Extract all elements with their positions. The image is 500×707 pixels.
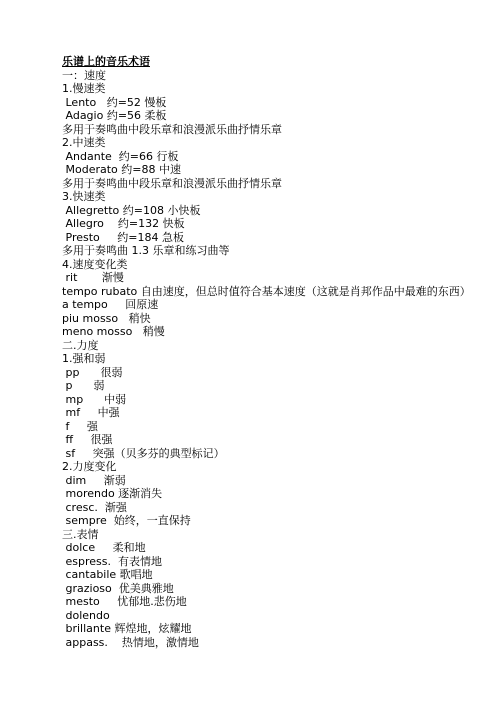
doc-line: 二.力度: [62, 339, 492, 353]
doc-line: 2.中速类: [62, 136, 492, 150]
doc-line: sf 突强（贝多芬的典型标记）: [62, 447, 492, 461]
doc-line: 多用于奏鸣曲中段乐章和浪漫派乐曲抒情乐章: [62, 177, 492, 191]
doc-line: cantabile 歌唱地: [62, 568, 492, 582]
doc-line: dim 渐弱: [62, 474, 492, 488]
document-content: 乐谱上的音乐术语 一：速度 1.慢速类 Lento 约=52 慢板 Adagio…: [62, 55, 492, 649]
doc-line: f 强: [62, 420, 492, 434]
doc-line: dolce 柔和地: [62, 541, 492, 555]
document-title-line: 乐谱上的音乐术语: [62, 55, 492, 69]
doc-line: 多用于奏鸣曲 1.3 乐章和练习曲等: [62, 244, 492, 258]
doc-line: espress. 有表情地: [62, 555, 492, 569]
doc-line: cresc. 渐强: [62, 501, 492, 515]
doc-line: Lento 约=52 慢板: [62, 96, 492, 110]
doc-line: sempre 始终，一直保持: [62, 514, 492, 528]
doc-line: 2.力度变化: [62, 460, 492, 474]
doc-line: pp 很弱: [62, 366, 492, 380]
doc-line: tempo rubato 自由速度，但总时值符合基本速度（这就是肖邦作品中最难的…: [62, 285, 492, 299]
doc-line: mf 中强: [62, 406, 492, 420]
doc-line: 多用于奏鸣曲中段乐章和浪漫派乐曲抒情乐章: [62, 123, 492, 137]
doc-line: mesto 忧郁地.悲伤地: [62, 595, 492, 609]
doc-line: brillante 辉煌地，炫耀地: [62, 622, 492, 636]
doc-line: 一：速度: [62, 69, 492, 83]
doc-line: 1.慢速类: [62, 82, 492, 96]
doc-line: dolendo: [62, 609, 492, 623]
doc-line: 4.速度变化类: [62, 258, 492, 272]
doc-line: Adagio 约=56 柔板: [62, 109, 492, 123]
doc-line: ff 很强: [62, 433, 492, 447]
doc-line: 三.表情: [62, 528, 492, 542]
doc-line: Allegretto 约=108 小快板: [62, 204, 492, 218]
doc-line: piu mosso 稍快: [62, 312, 492, 326]
doc-line: Presto 约=184 急板: [62, 231, 492, 245]
document-title: 乐谱上的音乐术语: [62, 55, 150, 68]
doc-line: Moderato 约=88 中速: [62, 163, 492, 177]
doc-line: grazioso 优美典雅地: [62, 582, 492, 596]
doc-line: Allegro 约=132 快板: [62, 217, 492, 231]
doc-line: rit 渐慢: [62, 271, 492, 285]
doc-line: mp 中弱: [62, 393, 492, 407]
document-page: 乐谱上的音乐术语 一：速度 1.慢速类 Lento 约=52 慢板 Adagio…: [0, 0, 500, 707]
doc-line: Andante 约=66 行板: [62, 150, 492, 164]
doc-line: meno mosso 稍慢: [62, 325, 492, 339]
doc-line: 3.快速类: [62, 190, 492, 204]
doc-line: p 弱: [62, 379, 492, 393]
doc-line: appass. 热情地，激情地: [62, 636, 492, 650]
doc-line: a tempo 回原速: [62, 298, 492, 312]
doc-line: morendo 逐渐消失: [62, 487, 492, 501]
doc-line: 1.强和弱: [62, 352, 492, 366]
